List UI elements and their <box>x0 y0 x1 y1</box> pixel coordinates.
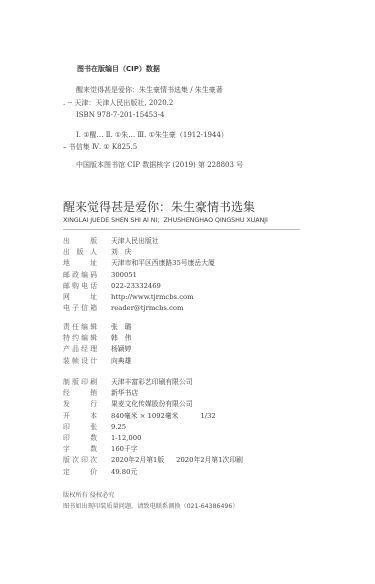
printing: 2020年2月第1次印刷 <box>176 456 243 464</box>
info-value: 向典雄 <box>111 356 131 367</box>
info-row: 电子信箱reader@tjrmcbs.com <box>63 303 215 314</box>
title-divider <box>63 229 300 230</box>
info-row: 定价49.80元 <box>63 467 243 478</box>
info-label: 产品经理 <box>63 344 97 355</box>
rights-notice: 版权所有 侵权必究 图书如出现印装质量问题，请致电联系调换（021-643864… <box>63 490 238 512</box>
format-size: 840毫米 × 1092毫米 <box>111 412 178 420</box>
info-value: reader@tjrmcbs.com <box>111 303 183 314</box>
info-value: 022-23332469 <box>111 281 161 292</box>
cip-line-classification-cont: – 书信集 Ⅳ. ① K825.5 <box>63 141 343 154</box>
info-row: 地址天津市和平区西康路35号康岳大厦 <box>63 258 215 269</box>
info-row: 开本840毫米 × 1092毫米1/32 <box>63 411 243 422</box>
info-value: 果麦文化传媒股份有限公司 <box>111 399 193 410</box>
info-row: 邮购电话022-23332469 <box>63 281 215 292</box>
info-value: 天津人民出版社 <box>111 236 159 247</box>
info-value: 天津丰富彩艺印刷有限公司 <box>111 377 193 388</box>
cip-data-block: 醒来觉得甚是爱你：朱生豪情书选集 / 朱生豪著 . -- 天津：天津人民出版社,… <box>63 84 343 154</box>
info-row: 印数1-12,000 <box>63 433 243 444</box>
info-label: 定价 <box>63 467 97 478</box>
info-row: 印张9.25 <box>63 422 243 433</box>
info-label: 出版人 <box>63 247 97 258</box>
info-label: 地址 <box>63 258 97 269</box>
info-label: 特约编辑 <box>63 333 97 344</box>
info-value: 160千字 <box>111 444 138 455</box>
info-label: 出版 <box>63 236 97 247</box>
info-row: 网址http://www.tjrmcbs.com <box>63 292 215 303</box>
info-row: 特约编辑韩 伟 <box>63 333 131 344</box>
cip-line-isbn: ISBN 978-7-201-15453-4 <box>63 109 343 122</box>
quality-contact: 图书如出现印装质量问题，请致电联系调换（021-64386496） <box>63 501 238 512</box>
cip-approval-number: 中国版本图书馆 CIP 数据核字 (2019) 第 228803 号 <box>76 160 243 170</box>
info-value: 新华书店 <box>111 388 138 399</box>
info-value: 天津市和平区西康路35号康岳大厦 <box>111 258 215 269</box>
info-value: 刘 庆 <box>111 247 131 258</box>
info-value: 2020年2月第1版2020年2月第1次印刷 <box>111 455 243 466</box>
info-label: 责任编辑 <box>63 322 97 333</box>
info-label: 开本 <box>63 411 97 422</box>
info-label: 网址 <box>63 292 97 303</box>
info-value: 9.25 <box>111 422 126 433</box>
info-row: 责任编辑张 璐 <box>63 322 131 333</box>
info-row: 产品经理杨颖婷 <box>63 344 131 355</box>
info-row: 出版人刘 庆 <box>63 247 215 258</box>
print-info: 制版印刷天津丰富彩艺印刷有限公司 经销新华书店 发行果麦文化传媒股份有限公司 开… <box>63 377 243 478</box>
editorial-info: 责任编辑张 璐 特约编辑韩 伟 产品经理杨颖婷 装帧设计向典雄 <box>63 322 131 367</box>
info-label: 版次印次 <box>63 455 97 466</box>
info-label: 发行 <box>63 399 97 410</box>
publisher-info: 出版天津人民出版社 出版人刘 庆 地址天津市和平区西康路35号康岳大厦 邮政编码… <box>63 236 215 314</box>
info-value: 张 璐 <box>111 322 131 333</box>
info-label: 制版印刷 <box>63 377 97 388</box>
info-value: 韩 伟 <box>111 333 131 344</box>
book-title: 醒来觉得甚是爱你：朱生豪情书选集 <box>63 198 255 215</box>
info-row: 装帧设计向典雄 <box>63 356 131 367</box>
info-row: 字数160千字 <box>63 444 243 455</box>
book-title-pinyin: XINGLAI JUEDE SHEN SHI AI NI；ZHUSHENGHAO… <box>63 215 268 224</box>
info-label: 邮政编码 <box>63 270 97 281</box>
format-fold: 1/32 <box>200 412 215 420</box>
info-label: 电子信箱 <box>63 303 97 314</box>
info-label: 印数 <box>63 433 97 444</box>
info-label: 装帧设计 <box>63 356 97 367</box>
cip-line-title: 醒来觉得甚是爱你：朱生豪情书选集 / 朱生豪著 <box>63 84 343 97</box>
info-value: 1-12,000 <box>111 433 141 444</box>
cip-line-publisher: . -- 天津：天津人民出版社, 2020.2 <box>63 97 343 110</box>
info-value: 300051 <box>111 270 137 281</box>
info-label: 经销 <box>63 388 97 399</box>
info-row: 版次印次2020年2月第1版2020年2月第1次印刷 <box>63 455 243 466</box>
info-label: 印张 <box>63 422 97 433</box>
edition: 2020年2月第1版 <box>111 456 164 464</box>
info-value: 840毫米 × 1092毫米1/32 <box>111 411 216 422</box>
info-row: 出版天津人民出版社 <box>63 236 215 247</box>
info-label: 邮购电话 <box>63 281 97 292</box>
info-row: 制版印刷天津丰富彩艺印刷有限公司 <box>63 377 243 388</box>
rights-reserved: 版权所有 侵权必究 <box>63 490 238 501</box>
info-row: 经销新华书店 <box>63 388 243 399</box>
info-value: http://www.tjrmcbs.com <box>111 292 194 303</box>
info-value: 49.80元 <box>111 467 137 478</box>
cip-header: 图书在版编目（CIP）数据 <box>77 64 160 74</box>
info-row: 发行果麦文化传媒股份有限公司 <box>63 399 243 410</box>
copyright-page: 图书在版编目（CIP）数据 醒来觉得甚是爱你：朱生豪情书选集 / 朱生豪著 . … <box>0 0 375 584</box>
info-row: 邮政编码300051 <box>63 270 215 281</box>
info-label: 字数 <box>63 444 97 455</box>
info-value: 杨颖婷 <box>111 344 131 355</box>
cip-line-classification: Ⅰ. ①醒… Ⅱ. ①朱… Ⅲ. ①朱生豪（1912-1944） <box>63 129 343 142</box>
